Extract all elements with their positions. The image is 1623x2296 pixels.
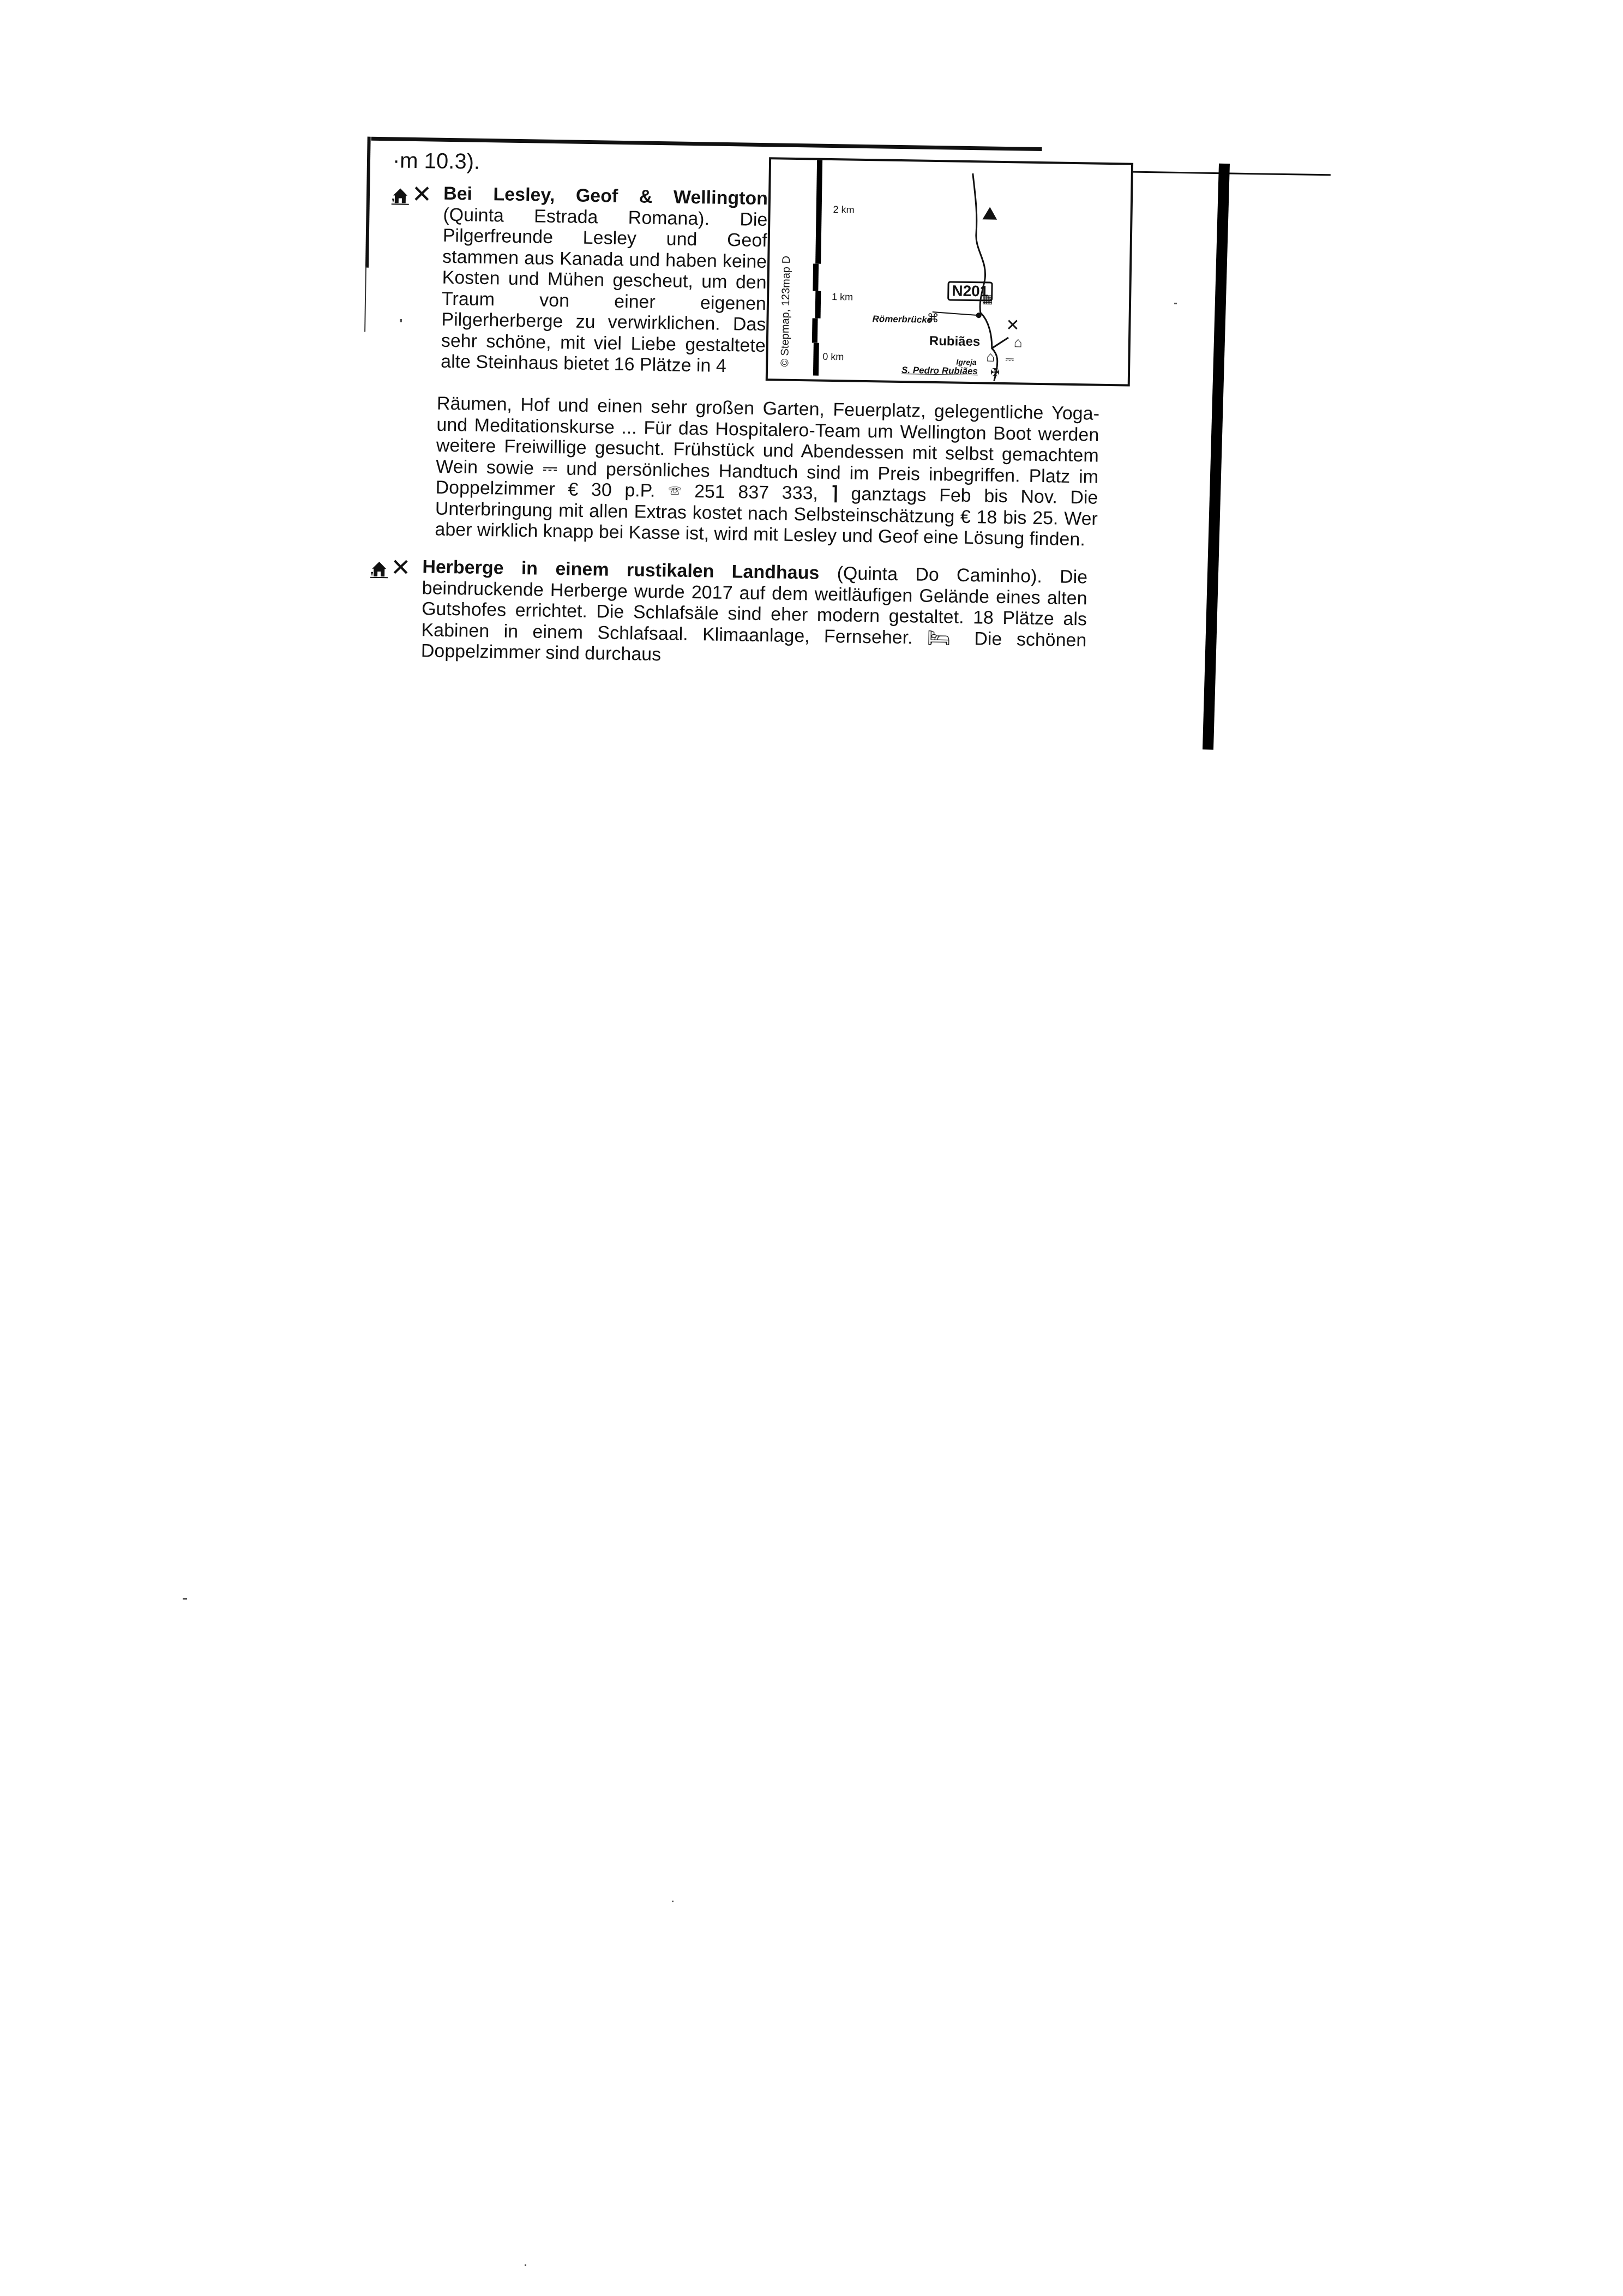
bed-icon: ⎓ — [1005, 351, 1014, 368]
left-border-rule — [365, 137, 371, 268]
continuation-text: ·m 10.3). — [393, 148, 480, 175]
scan-speck — [183, 1598, 187, 1600]
restaurant-icon: ✕ — [390, 557, 411, 579]
restaurant-icon: ✕ — [412, 184, 432, 206]
entry-body: Die Pilgerfreunde Lesley und Geof stamme… — [441, 209, 768, 376]
route-line — [768, 159, 1131, 383]
open-icon: ⌉ — [831, 483, 838, 504]
route-map: © Stepmap, 123map D 2 km 1 km 0 km N201 … — [766, 157, 1133, 386]
scan-speck — [400, 319, 402, 322]
restaurant-icon: ✕ — [1006, 317, 1020, 334]
hostel-icon: ⌂ — [986, 348, 995, 364]
scan-speck — [525, 2264, 526, 2266]
hostel-icon — [391, 187, 410, 206]
church-icon: ✠ — [990, 365, 1000, 381]
hostel-icon: ⌂ — [1014, 334, 1023, 350]
hostel-icon — [370, 560, 389, 579]
entry-text: Herberge in einem rustikalen Landhaus (Q… — [421, 556, 1088, 672]
hiker-icon: ⛰ — [982, 205, 997, 221]
bed-icon: 🛏 — [927, 627, 960, 648]
phone-number: 251 837 333, — [694, 481, 818, 504]
scanned-excerpt: ·m 10.3). ✕ Bei Lesley, Geof & Wellingto… — [0, 0, 1623, 777]
phone-icon: ☏ — [668, 480, 682, 501]
entry-icons: ✕ — [391, 183, 432, 206]
place-label-town: Rubiães — [929, 334, 981, 350]
place-label-church-2: S. Pedro Rubiães — [901, 365, 978, 377]
scan-speck — [1174, 303, 1177, 304]
bridge-icon: ⌘ — [927, 310, 939, 327]
bed-icon: ▦ — [982, 291, 993, 307]
left-border-rule-thin — [364, 267, 366, 332]
place-label-bridge: Römerbrücke — [872, 314, 932, 326]
top-border-rule — [371, 137, 1042, 151]
entry-text-narrow: Bei Lesley, Geof & Wellington (Quinta Es… — [441, 183, 768, 377]
entry-subtitle: (Quinta Do Caminho). — [819, 563, 1042, 587]
entry-text-wide: Räumen, Hof und einen sehr großen Garten… — [435, 393, 1099, 551]
entry-icons: ✕ — [370, 557, 411, 579]
towel-icon: ⎓ — [543, 458, 558, 478]
scan-speck — [672, 1901, 674, 1902]
